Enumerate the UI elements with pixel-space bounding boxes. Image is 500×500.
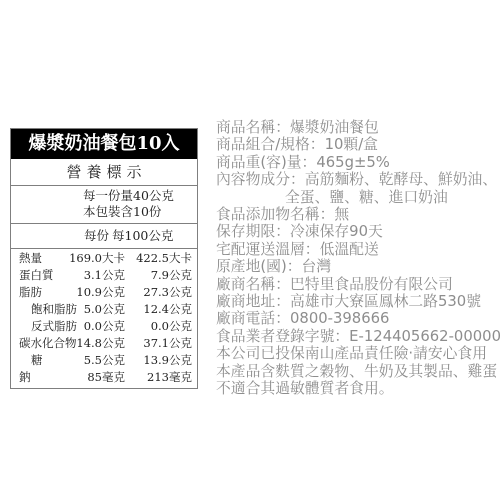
serving-info: 每一份量40公克 本包裝含10份 xyxy=(11,186,197,224)
info-line-registration-no: 食品業者登錄字號：E-124405662-00000-1 xyxy=(216,328,500,345)
info-line-manufacturer: 廠商名稱：巴特里食品股份有限公司 xyxy=(216,276,500,293)
nutrition-row-calories: 熱量 169.0大卡 422.5大卡 xyxy=(11,250,197,267)
info-line-weight: 商品重(容)量：465g±5% xyxy=(216,154,500,171)
per-serving-value: 169.0大卡 xyxy=(69,250,125,267)
nutrition-table-subtitle: 營養標示 xyxy=(11,159,197,186)
row-label: 飽和脂肪 xyxy=(31,301,77,318)
nutrition-row-saturated-fat: 飽和脂肪 5.0公克 12.4公克 xyxy=(11,301,197,318)
nutrition-row-fat: 脂肪 10.9公克 27.3公克 xyxy=(11,284,197,301)
info-line-insurance: 本公司已投保南山產品責任險·請安心食用 xyxy=(216,345,500,362)
nutrition-rows: 熱量 169.0大卡 422.5大卡 蛋白質 3.1公克 7.9公克 脂肪 10… xyxy=(11,249,197,388)
per-100g-value: 0.0公克 xyxy=(151,318,192,335)
row-label: 糖 xyxy=(31,352,43,369)
per-100g-value: 12.4公克 xyxy=(143,301,192,318)
product-detail-page: 爆漿奶油餐包10入 營養標示 每一份量40公克 本包裝含10份 每份 每100公… xyxy=(0,0,500,500)
servings-per-pack-line: 本包裝含10份 xyxy=(83,204,197,220)
per-serving-value: 0.0公克 xyxy=(84,318,125,335)
nutrition-row-carbohydrate: 碳水化合物 14.8公克 37.1公克 xyxy=(11,335,197,352)
per-serving-value: 5.0公克 xyxy=(84,301,125,318)
info-line-spec: 商品組合/規格：10顆/盒 xyxy=(216,136,500,153)
per-serving-value: 3.1公克 xyxy=(84,267,125,284)
info-line-product-name: 商品名稱：爆漿奶油餐包 xyxy=(216,119,500,136)
per-100g-value: 37.1公克 xyxy=(143,335,192,352)
column-header-row: 每份 每100公克 xyxy=(11,224,197,249)
info-line-allergy-warning: 不適合其過敏體質者食用。 xyxy=(216,380,500,397)
row-label: 脂肪 xyxy=(19,284,42,301)
per-serving-value: 14.8公克 xyxy=(76,335,125,352)
row-label: 鈉 xyxy=(19,369,31,386)
info-line-ingredients: 內容物成分：高筋麵粉、乾酵母、鮮奶油、 xyxy=(216,171,500,188)
nutrition-row-protein: 蛋白質 3.1公克 7.9公克 xyxy=(11,267,197,284)
row-label: 反式脂肪 xyxy=(31,318,77,335)
per-100g-value: 213毫克 xyxy=(147,369,192,386)
info-line-address: 廠商地址：高雄市大寮區鳳林二路530號 xyxy=(216,293,500,310)
per-serving-value: 5.5公克 xyxy=(84,352,125,369)
info-line-phone: 廠商電話：0800-398666 xyxy=(216,310,500,327)
per-100g-value: 27.3公克 xyxy=(143,284,192,301)
info-line-shelf-life: 保存期限：冷凍保存90天 xyxy=(216,223,500,240)
per-100g-value: 13.9公克 xyxy=(143,352,192,369)
col-header-per-serving: 每份 xyxy=(84,224,109,248)
info-line-origin: 原產地(國)：台灣 xyxy=(216,258,500,275)
info-line-additives: 食品添加物名稱：無 xyxy=(216,206,500,223)
nutrition-row-sodium: 鈉 85毫克 213毫克 xyxy=(11,369,197,386)
info-line-ingredients-cont: 全蛋、鹽、糖、進口奶油 xyxy=(216,189,500,206)
row-label: 碳水化合物 xyxy=(19,335,77,352)
nutrition-table-title: 爆漿奶油餐包10入 xyxy=(11,129,197,159)
nutrition-table: 爆漿奶油餐包10入 營養標示 每一份量40公克 本包裝含10份 每份 每100公… xyxy=(10,128,198,389)
info-line-allergens: 本產品含麩質之穀物、牛奶及其製品、雞蛋 xyxy=(216,363,500,380)
info-line-delivery-temp: 宅配運送溫層：低溫配送 xyxy=(216,241,500,258)
serving-size-line: 每一份量40公克 xyxy=(83,188,197,204)
nutrition-row-trans-fat: 反式脂肪 0.0公克 0.0公克 xyxy=(11,318,197,335)
per-100g-value: 7.9公克 xyxy=(151,267,192,284)
product-info: 商品名稱：爆漿奶油餐包 商品組合/規格：10顆/盒 商品重(容)量：465g±5… xyxy=(216,119,500,398)
per-100g-value: 422.5大卡 xyxy=(136,250,192,267)
col-header-per-100g: 每100公克 xyxy=(112,224,173,248)
row-label: 熱量 xyxy=(19,250,42,267)
per-serving-value: 10.9公克 xyxy=(76,284,125,301)
row-label: 蛋白質 xyxy=(19,267,54,284)
nutrition-row-sugar: 糖 5.5公克 13.9公克 xyxy=(11,352,197,369)
per-serving-value: 85毫克 xyxy=(87,369,125,386)
